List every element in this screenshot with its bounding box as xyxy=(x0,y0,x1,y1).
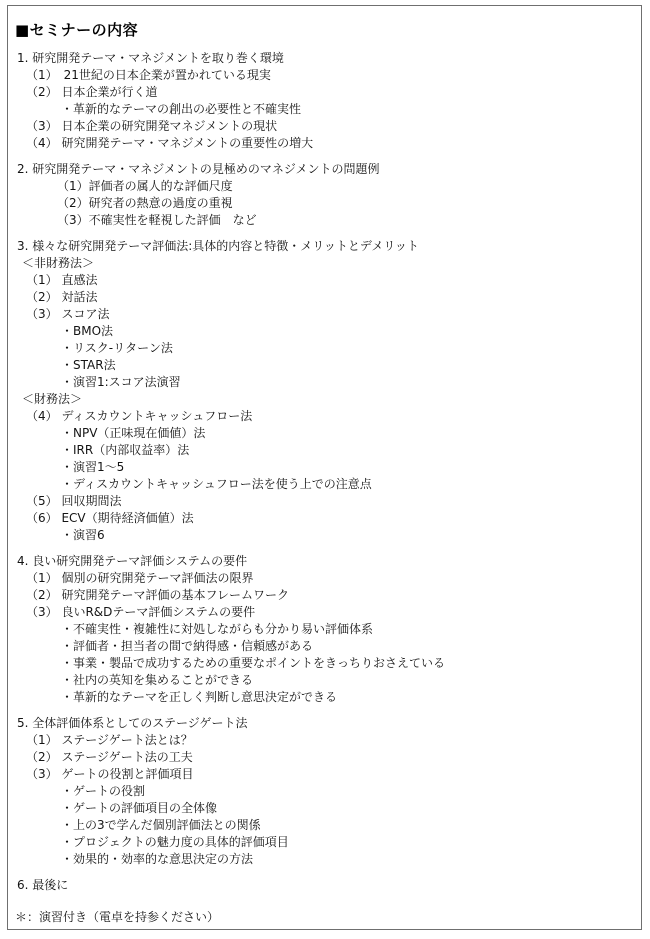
outline-item: （3） 日本企業の研究開発マネジメントの現状 xyxy=(8,118,641,135)
outline-item: （3）不確実性を軽視した評価 など xyxy=(8,212,641,229)
outline-item: （3） 良いR&Dテーマ評価システムの要件 xyxy=(8,604,641,621)
outline-sub-item: ・リスク-リターン法 xyxy=(8,340,641,357)
outline-sub-item: ・ゲートの役割 xyxy=(8,783,641,800)
section-4: 4. 良い研究開発テーマ評価システムの要件（1） 個別の研究開発テーマ評価法の限… xyxy=(8,553,641,706)
outline-item: （2） 日本企業が行く道 xyxy=(8,84,641,101)
outline-sub-item: ・プロジェクトの魅力度の具体的評価項目 xyxy=(8,834,641,851)
outline-sub-item: ・社内の英知を集めることができる xyxy=(8,672,641,689)
outline-item: （3） スコア法 xyxy=(8,306,641,323)
outline-sub-item: ・演習1～5 xyxy=(8,459,641,476)
outline-sub-item: ・BMO法 xyxy=(8,323,641,340)
outline-item: （3） ゲートの役割と評価項目 xyxy=(8,766,641,783)
section-5: 5. 全体評価体系としてのステージゲート法（1） ステージゲート法とは？（2） … xyxy=(8,715,641,868)
outline-item: （1） 21世紀の日本企業が置かれている現実 xyxy=(8,67,641,84)
footnote-text: ＊：演習付き（電卓を持参ください） xyxy=(15,909,641,926)
section-heading: 3. 様々な研究開発テーマ評価法:具体的内容と特徴・メリットとデメリット xyxy=(8,238,641,255)
outline-sub-item: ・ゲートの評価項目の全体像 xyxy=(8,800,641,817)
outline-sub-item: ・STAR法 xyxy=(8,357,641,374)
section-heading: 1. 研究開発テーマ・マネジメントを取り巻く環境 xyxy=(8,50,641,67)
outline-sub-item: ・革新的なテーマを正しく判断し意思決定ができる xyxy=(8,689,641,706)
outline-sub-item: ・上の3で学んだ個別評価法との関係 xyxy=(8,817,641,834)
outline-item: （4） 研究開発テーマ・マネジメントの重要性の増大 xyxy=(8,135,641,152)
seminar-outline: 1. 研究開発テーマ・マネジメントを取り巻く環境（1） 21世紀の日本企業が置か… xyxy=(8,50,641,894)
outline-item: （1） 直感法 xyxy=(8,272,641,289)
outline-sub-item: ・事業・製品で成功するための重要なポイントをきっちりおさえている xyxy=(8,655,641,672)
section-3: 3. 様々な研究開発テーマ評価法:具体的内容と特徴・メリットとデメリット＜非財務… xyxy=(8,238,641,544)
section-heading: 4. 良い研究開発テーマ評価システムの要件 xyxy=(8,553,641,570)
section-2: 2. 研究開発テーマ・マネジメントの見極めのマネジメントの問題例（1）評価者の属… xyxy=(8,161,641,229)
outline-item: （2） ステージゲート法の工夫 xyxy=(8,749,641,766)
section-6: 6. 最後に xyxy=(8,877,641,894)
page-border-frame: ■セミナーの内容 1. 研究開発テーマ・マネジメントを取り巻く環境（1） 21世… xyxy=(7,5,642,930)
category-label: ＜財務法＞ xyxy=(8,391,641,408)
page-title: ■セミナーの内容 xyxy=(15,19,641,40)
outline-item: （1）評価者の属人的な評価尺度 xyxy=(8,178,641,195)
outline-item: （2） 研究開発テーマ評価の基本フレームワーク xyxy=(8,587,641,604)
outline-item: （2）研究者の熱意の過度の重視 xyxy=(8,195,641,212)
section-1: 1. 研究開発テーマ・マネジメントを取り巻く環境（1） 21世紀の日本企業が置か… xyxy=(8,50,641,152)
section-heading: 2. 研究開発テーマ・マネジメントの見極めのマネジメントの問題例 xyxy=(8,161,641,178)
outline-item: （5） 回収期間法 xyxy=(8,493,641,510)
section-heading: 6. 最後に xyxy=(8,877,641,894)
outline-sub-item: ・演習6 xyxy=(8,527,641,544)
outline-sub-item: ・演習1:スコア法演習 xyxy=(8,374,641,391)
section-heading: 5. 全体評価体系としてのステージゲート法 xyxy=(8,715,641,732)
outline-item: （2） 対話法 xyxy=(8,289,641,306)
outline-sub-item: ・NPV（正味現在価値）法 xyxy=(8,425,641,442)
outline-sub-item: ・IRR（内部収益率）法 xyxy=(8,442,641,459)
outline-item: （6） ECV（期待経済価値）法 xyxy=(8,510,641,527)
outline-sub-item: ・不確実性・複雑性に対処しながらも分かり易い評価体系 xyxy=(8,621,641,638)
outline-item: （1） ステージゲート法とは？ xyxy=(8,732,641,749)
outline-sub-item: ・評価者・担当者の間で納得感・信頼感がある xyxy=(8,638,641,655)
outline-sub-item: ・ディスカウントキャッシュフロー法を使う上での注意点 xyxy=(8,476,641,493)
category-label: ＜非財務法＞ xyxy=(8,255,641,272)
outline-sub-item: ・革新的なテーマの創出の必要性と不確実性 xyxy=(8,101,641,118)
outline-item: （1） 個別の研究開発テーマ評価法の限界 xyxy=(8,570,641,587)
outline-item: （4） ディスカウントキャッシュフロー法 xyxy=(8,408,641,425)
outline-sub-item: ・効果的・効率的な意思決定の方法 xyxy=(8,851,641,868)
